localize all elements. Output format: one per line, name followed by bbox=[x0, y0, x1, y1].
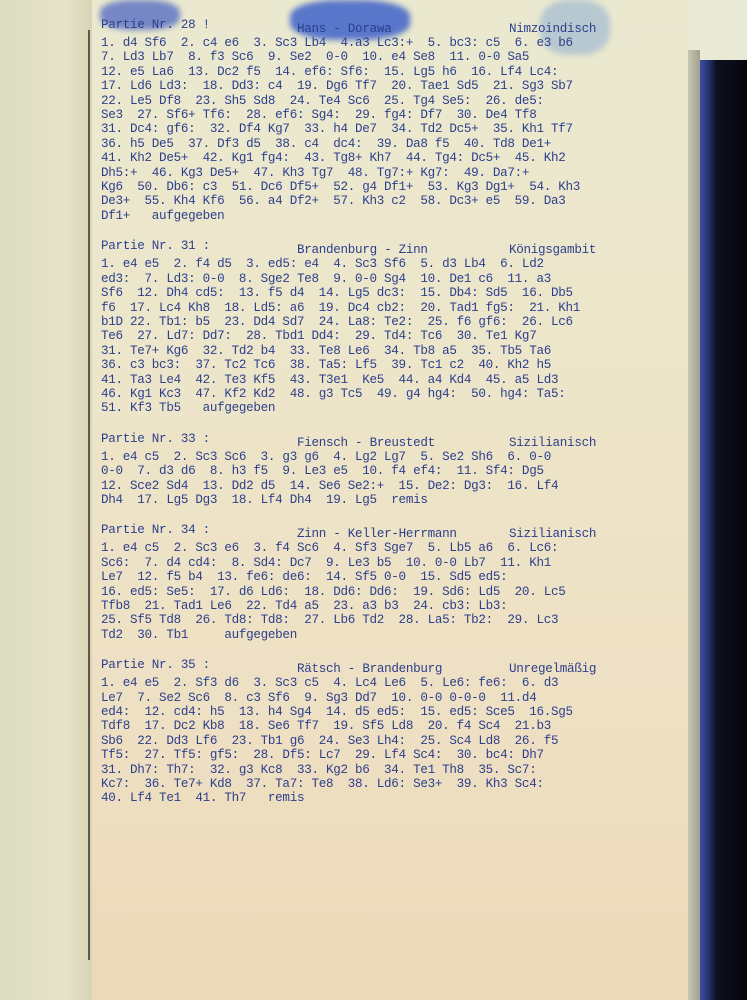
move-line: ed3: 7. Ld3: 0-0 8. Sge2 Te8 9. 0-0 Sg4 … bbox=[101, 272, 691, 286]
game-record: Partie Nr. 28 !Hans - DorawaNimzoindisch… bbox=[101, 18, 691, 223]
game-header: Partie Nr. 33 :Fiensch - BreustedtSizili… bbox=[101, 432, 691, 450]
move-line: Se3 27. Sf6+ Tf6: 28. ef6: Sg4: 29. fg4:… bbox=[101, 108, 691, 122]
game-opening: Königsgambit bbox=[509, 243, 596, 257]
game-record: Partie Nr. 35 :Rätsch - BrandenburgUnreg… bbox=[101, 658, 691, 806]
game-header: Partie Nr. 28 !Hans - DorawaNimzoindisch bbox=[101, 18, 691, 36]
move-line: 12. Sce2 Sd4 13. Dd2 d5 14. Se6 Se2:+ 15… bbox=[101, 479, 691, 493]
game-header: Partie Nr. 31 :Brandenburg - ZinnKönigsg… bbox=[101, 239, 691, 257]
move-line: ed4: 12. cd4: h5 13. h4 Sg4 14. d5 ed5: … bbox=[101, 705, 691, 719]
game-players: Zinn - Keller-Herrmann bbox=[297, 527, 457, 541]
move-line: 1. e4 e5 2. f4 d5 3. ed5: e4 4. Sc3 Sf6 … bbox=[101, 257, 691, 271]
game-number: Partie Nr. 35 : bbox=[101, 658, 210, 672]
move-list: 1. e4 e5 2. f4 d5 3. ed5: e4 4. Sc3 Sf6 … bbox=[101, 257, 691, 415]
move-line: 51. Kf3 Tb5 aufgegeben bbox=[101, 401, 691, 415]
game-opening: Unregelmäßig bbox=[509, 662, 596, 676]
move-line: Kg6 50. Db6: c3 51. Dc6 Df5+ 52. g4 Df1+… bbox=[101, 180, 691, 194]
game-players: Fiensch - Breustedt bbox=[297, 436, 435, 450]
game-scores: Partie Nr. 28 !Hans - DorawaNimzoindisch… bbox=[101, 18, 691, 822]
game-record: Partie Nr. 31 :Brandenburg - ZinnKönigsg… bbox=[101, 239, 691, 415]
move-line: 25. Sf5 Td8 26. Td8: Td8: 27. Lb6 Td2 28… bbox=[101, 613, 691, 627]
game-record: Partie Nr. 33 :Fiensch - BreustedtSizili… bbox=[101, 432, 691, 508]
move-line: Dh5:+ 46. Kg3 De5+ 47. Kh3 Tg7 48. Tg7:+… bbox=[101, 166, 691, 180]
move-line: Tdf8 17. Dc2 Kb8 18. Se6 Tf7 19. Sf5 Ld8… bbox=[101, 719, 691, 733]
move-line: f6 17. Lc4 Kh8 18. Ld5: a6 19. Dc4 cb2: … bbox=[101, 301, 691, 315]
move-list: 1. e4 c5 2. Sc3 e6 3. f4 Sc6 4. Sf3 Sge7… bbox=[101, 541, 691, 642]
move-line: Le7 12. f5 b4 13. fe6: de6: 14. Sf5 0-0 … bbox=[101, 570, 691, 584]
game-number: Partie Nr. 31 : bbox=[101, 239, 210, 253]
move-line: Dh4 17. Lg5 Dg3 18. Lf4 Dh4 19. Lg5 remi… bbox=[101, 493, 691, 507]
move-line: 17. Ld6 Ld3: 18. Dd3: c4 19. Dg6 Tf7 20.… bbox=[101, 79, 691, 93]
move-line: 46. Kg1 Kc3 47. Kf2 Kd2 48. g3 Tc5 49. g… bbox=[101, 387, 691, 401]
move-line: 31. Te7+ Kg6 32. Td2 b4 33. Te8 Le6 34. … bbox=[101, 344, 691, 358]
game-players: Rätsch - Brandenburg bbox=[297, 662, 442, 676]
facing-page bbox=[0, 0, 92, 1000]
move-line: 22. Le5 Df8 23. Sh5 Sd8 24. Te4 Sc6 25. … bbox=[101, 94, 691, 108]
game-opening: Sizilianisch bbox=[509, 527, 596, 541]
game-number: Partie Nr. 33 : bbox=[101, 432, 210, 446]
book-binding bbox=[700, 60, 747, 1000]
move-line: 7. Ld3 Lb7 8. f3 Sc6 9. Se2 0-0 10. e4 S… bbox=[101, 50, 691, 64]
game-players: Brandenburg - Zinn bbox=[297, 243, 428, 257]
game-header: Partie Nr. 35 :Rätsch - BrandenburgUnreg… bbox=[101, 658, 691, 676]
move-line: Le7 7. Se2 Sc6 8. c3 Sf6 9. Sg3 Dd7 10. … bbox=[101, 691, 691, 705]
game-opening: Nimzoindisch bbox=[509, 22, 596, 36]
move-line: 1. e4 e5 2. Sf3 d6 3. Sc3 c5 4. Lc4 Le6 … bbox=[101, 676, 691, 690]
move-line: 36. h5 De5 37. Df3 d5 38. c4 dc4: 39. Da… bbox=[101, 137, 691, 151]
move-line: Sf6 12. Dh4 cd5: 13. f5 d4 14. Lg5 dc3: … bbox=[101, 286, 691, 300]
game-opening: Sizilianisch bbox=[509, 436, 596, 450]
move-line: 41. Ta3 Le4 42. Te3 Kf5 43. T3e1 Ke5 44.… bbox=[101, 373, 691, 387]
move-line: Kc7: 36. Te7+ Kd8 37. Ta7: Te8 38. Ld6: … bbox=[101, 777, 691, 791]
move-line: 41. Kh2 De5+ 42. Kg1 fg4: 43. Tg8+ Kh7 4… bbox=[101, 151, 691, 165]
game-record: Partie Nr. 34 :Zinn - Keller-HerrmannSiz… bbox=[101, 523, 691, 642]
move-line: 1. e4 c5 2. Sc3 e6 3. f4 Sc6 4. Sf3 Sge7… bbox=[101, 541, 691, 555]
page-gutter-edge bbox=[88, 30, 90, 960]
move-line: Tfb8 21. Tad1 Le6 22. Td4 a5 23. a3 b3 2… bbox=[101, 599, 691, 613]
move-line: Tf5: 27. Tf5: gf5: 28. Df5: Lc7 29. Lf4 … bbox=[101, 748, 691, 762]
move-line: De3+ 55. Kh4 Kf6 56. a4 Df2+ 57. Kh3 c2 … bbox=[101, 194, 691, 208]
move-line: 1. d4 Sf6 2. c4 e6 3. Sc3 Lb4 4.a3 Lc3:+… bbox=[101, 36, 691, 50]
game-players: Hans - Dorawa bbox=[297, 22, 391, 36]
move-line: Td2 30. Tb1 aufgegeben bbox=[101, 628, 691, 642]
move-line: b1D 22. Tb1: b5 23. Dd4 Sd7 24. La8: Te2… bbox=[101, 315, 691, 329]
move-line: 0-0 7. d3 d6 8. h3 f5 9. Le3 e5 10. f4 e… bbox=[101, 464, 691, 478]
move-line: 31. Dh7: Th7: 32. g3 Kc8 33. Kg2 b6 34. … bbox=[101, 763, 691, 777]
move-line: Sc6: 7. d4 cd4: 8. Sd4: Dc7 9. Le3 b5 10… bbox=[101, 556, 691, 570]
game-number: Partie Nr. 34 : bbox=[101, 523, 210, 537]
game-header: Partie Nr. 34 :Zinn - Keller-HerrmannSiz… bbox=[101, 523, 691, 541]
move-list: 1. e4 e5 2. Sf3 d6 3. Sc3 c5 4. Lc4 Le6 … bbox=[101, 676, 691, 806]
move-line: 12. e5 La6 13. Dc2 f5 14. ef6: Sf6: 15. … bbox=[101, 65, 691, 79]
move-line: 31. Dc4: gf6: 32. Df4 Kg7 33. h4 De7 34.… bbox=[101, 122, 691, 136]
move-line: Df1+ aufgegeben bbox=[101, 209, 691, 223]
game-number: Partie Nr. 28 ! bbox=[101, 18, 210, 32]
move-list: 1. d4 Sf6 2. c4 e6 3. Sc3 Lb4 4.a3 Lc3:+… bbox=[101, 36, 691, 223]
move-line: Te6 27. Ld7: Dd7: 28. Tbd1 Dd4: 29. Td4:… bbox=[101, 329, 691, 343]
move-line: 36. c3 bc3: 37. Tc2 Tc6 38. Ta5: Lf5 39.… bbox=[101, 358, 691, 372]
move-line: 1. e4 c5 2. Sc3 Sc6 3. g3 g6 4. Lg2 Lg7 … bbox=[101, 450, 691, 464]
move-line: 16. ed5: Se5: 17. d6 Ld6: 18. Dd6: Dd6: … bbox=[101, 585, 691, 599]
move-line: Sb6 22. Dd3 Lf6 23. Tb1 g6 24. Se3 Lh4: … bbox=[101, 734, 691, 748]
move-list: 1. e4 c5 2. Sc3 Sc6 3. g3 g6 4. Lg2 Lg7 … bbox=[101, 450, 691, 508]
move-line: 40. Lf4 Te1 41. Th7 remis bbox=[101, 791, 691, 805]
